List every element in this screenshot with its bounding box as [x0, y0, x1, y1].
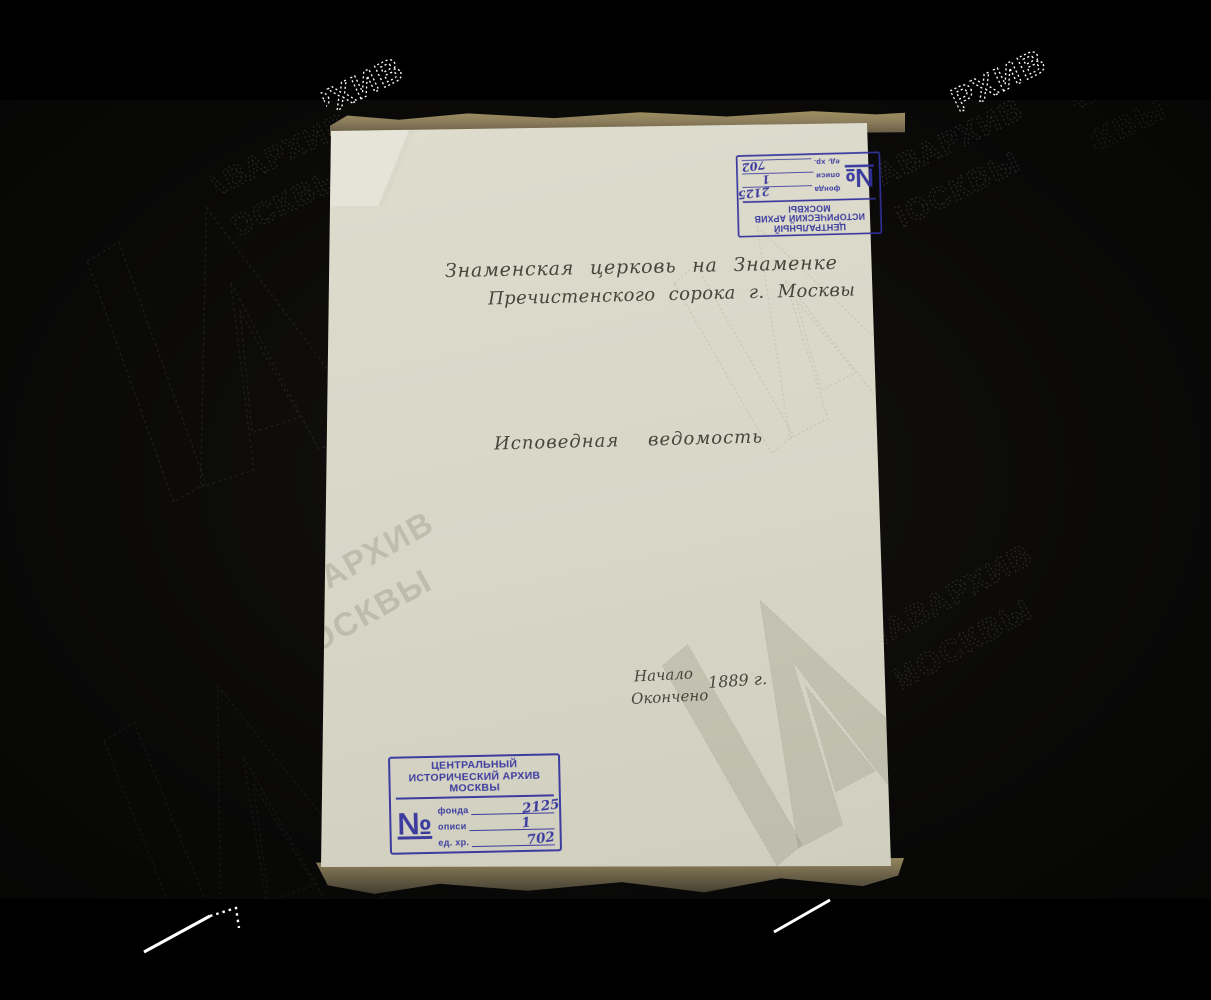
stamp-number-sign: №: [397, 809, 432, 840]
church-title-line2: Пречистенского сорока г. Москвы: [488, 280, 856, 310]
stamp-field-line: 2125: [471, 797, 554, 815]
started-label: Начало: [634, 664, 694, 685]
opis-number: 1: [762, 172, 772, 186]
paper-crease: [326, 126, 476, 206]
church-title-line1: Знаменская церковь на Знаменке: [445, 252, 838, 282]
year-value: 1889 г.: [707, 669, 767, 692]
stamp-field-line: 702: [742, 159, 812, 174]
stamp-field-line: 702: [472, 829, 555, 847]
delo-number: 702: [526, 828, 556, 847]
letterbox-bottom: [0, 899, 1211, 1000]
stamp-field-opis: описи 1: [742, 171, 840, 186]
stamp-field-line: 1: [742, 172, 814, 187]
stamp-number-sign: №: [845, 164, 875, 190]
archive-stamp-top-inverted: ЦЕНТРАЛЬНЫЙ ИСТОРИЧЕСКИЙ АРХИВ МОСКВЫ № …: [736, 152, 883, 238]
stamp-field-delo: ед. хр. 702: [438, 830, 555, 847]
finished-label: Окончено: [631, 686, 709, 708]
letterbox-top: [0, 0, 1211, 100]
delo-number: 702: [741, 158, 766, 174]
archive-stamp-bottom: ЦЕНТРАЛЬНЫЙ ИСТОРИЧЕСКИЙ АРХИВ МОСКВЫ № …: [388, 753, 562, 854]
stamp-field-delo: ед. хр. 702: [742, 158, 840, 173]
archival-book-cover-scan: { "cover": { "title_line1": "Знаменская …: [0, 0, 1211, 1000]
stamp-field-line: 2125: [742, 186, 812, 201]
document-type: Исповедная ведомость: [494, 426, 764, 454]
stamp-field-line: 1: [469, 813, 554, 831]
stamp-field-fond: фонда 2125: [742, 185, 840, 200]
